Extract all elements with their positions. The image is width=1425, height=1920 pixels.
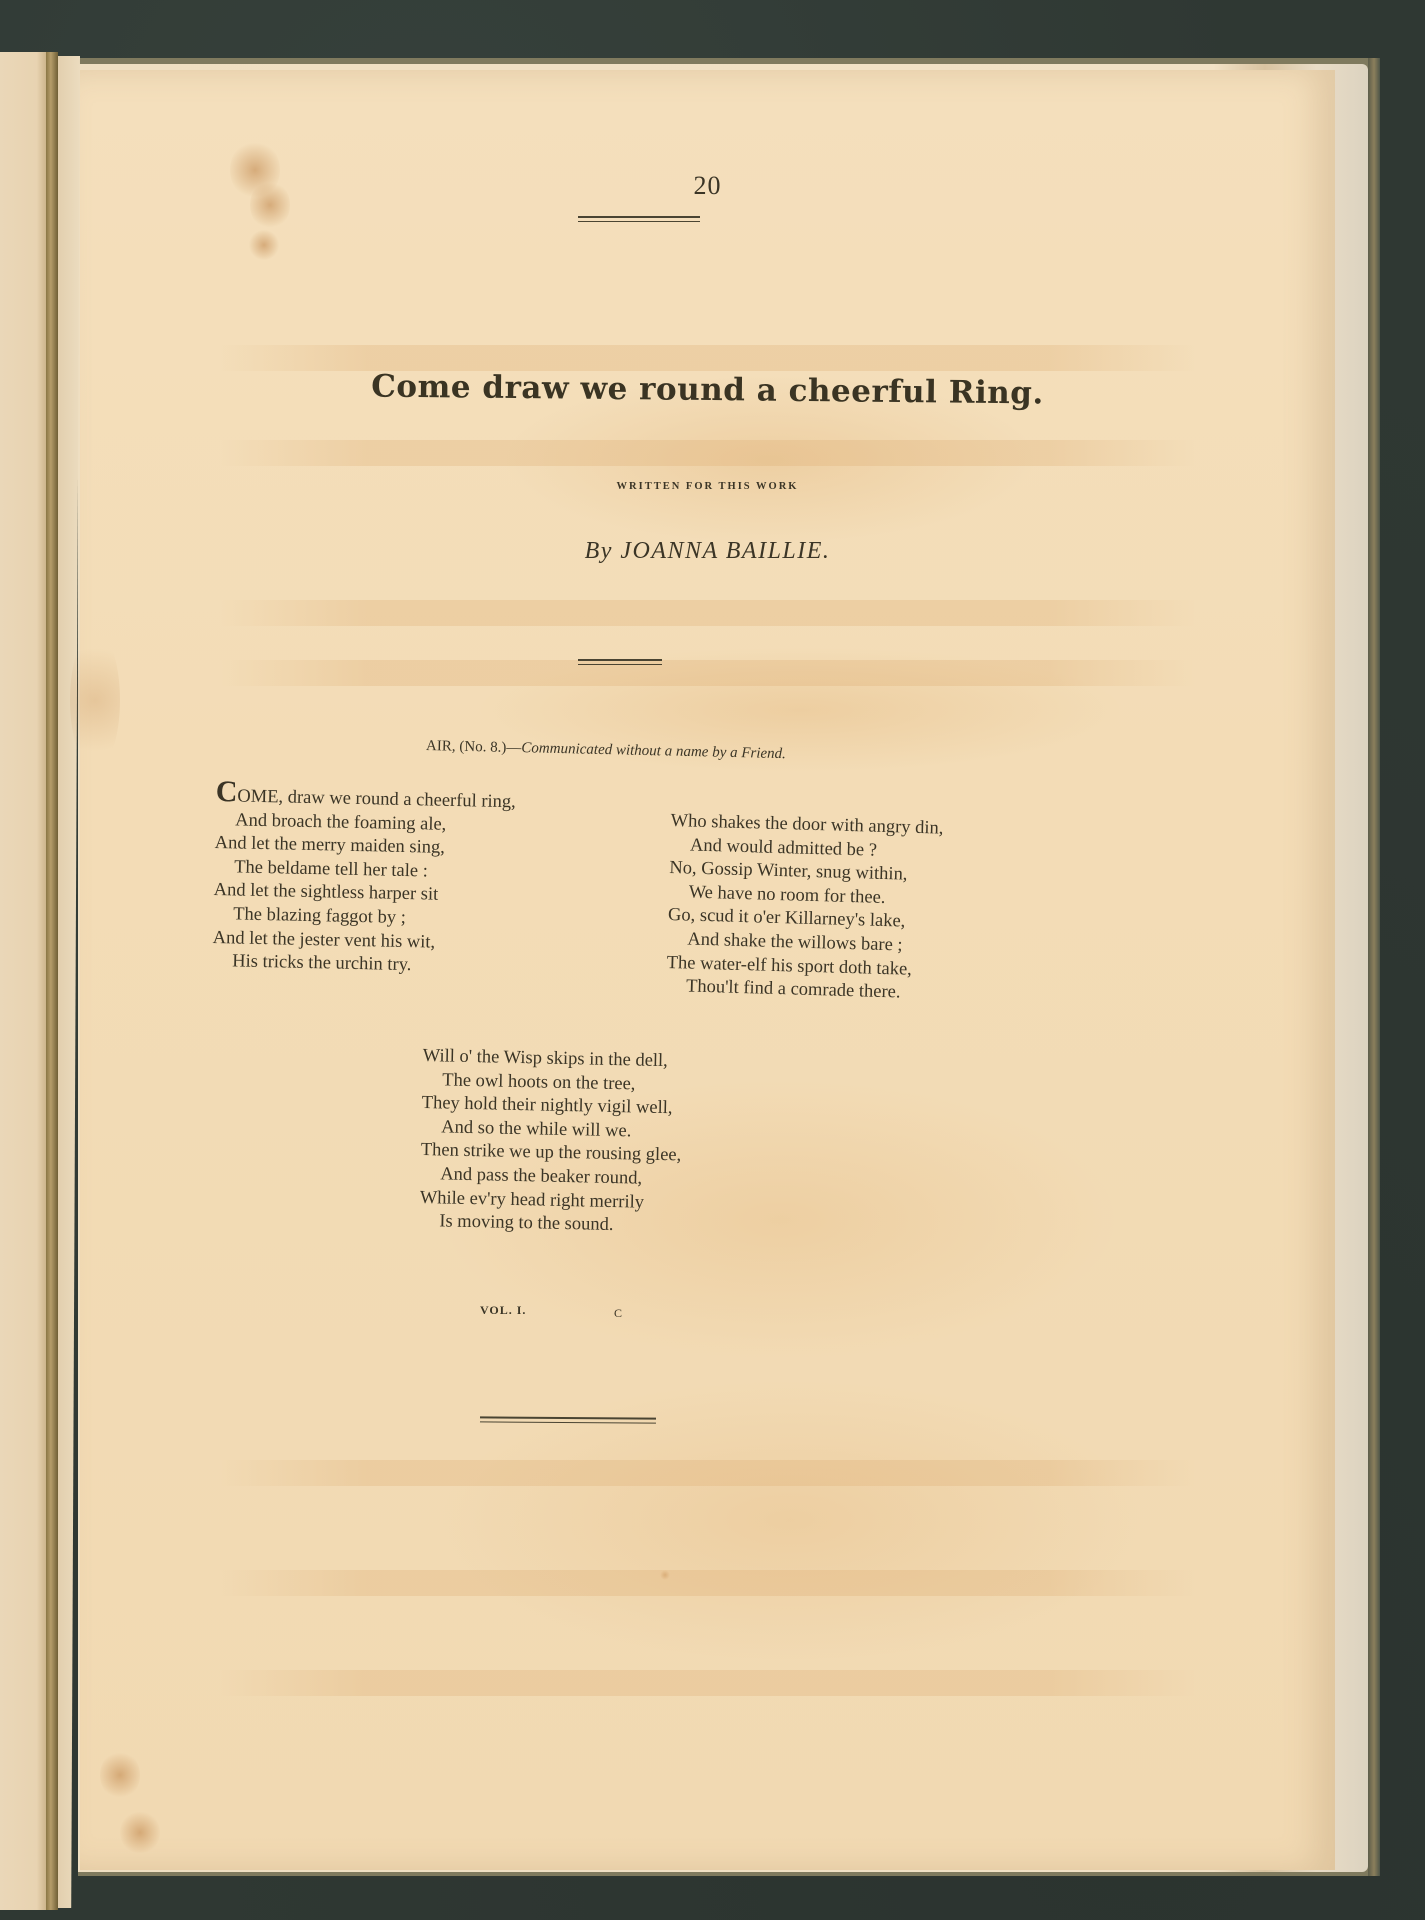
footer-rule [480, 1416, 656, 1423]
first-word-rest: OME [237, 786, 279, 807]
foxing-stain [248, 230, 280, 260]
foxing-stain [100, 1750, 140, 1800]
show-through [220, 600, 1195, 626]
volume-marker: VOL. I. [480, 1303, 526, 1318]
air-note: AIR, (No. 8.)—Communicated without a nam… [426, 738, 786, 763]
book-page: 20 Come draw we round a cheerful Ring. W… [80, 70, 1335, 1870]
verse-line: His tricks the urchin try. [212, 950, 513, 980]
show-through [220, 660, 1195, 686]
author-byline: By JOANNA BAILLIE. [80, 538, 1335, 565]
air-label: AIR, (No. 8.)— [426, 738, 522, 756]
show-through [220, 345, 1195, 371]
air-attribution: Communicated without a name by a Friend. [521, 740, 786, 762]
foxing-stain [70, 630, 120, 770]
show-through [220, 1460, 1195, 1486]
stanza-3: Will o' the Wisp skips in the dell, The … [419, 1045, 683, 1239]
verse-line: , draw we round a cheerful ring, [278, 787, 516, 812]
show-through [220, 1670, 1195, 1696]
stanza-2: Who shakes the door with angry din, And … [666, 810, 944, 1006]
subtitle: WRITTEN FOR THIS WORK [80, 481, 1335, 492]
facing-page-left [0, 52, 46, 1910]
signature-mark: C [614, 1306, 622, 1321]
header-rule [578, 216, 700, 222]
stanza-1: COME, draw we round a cheerful ring, And… [212, 782, 516, 980]
book-gutter [46, 52, 58, 1910]
page-number: 20 [80, 171, 1335, 201]
section-rule [578, 659, 662, 665]
show-through [220, 440, 1195, 466]
poem-title: Come draw we round a cheerful Ring. [80, 365, 1335, 414]
drop-cap: C [215, 775, 237, 808]
foxing-stain [120, 1810, 160, 1855]
show-through [220, 1570, 1195, 1596]
